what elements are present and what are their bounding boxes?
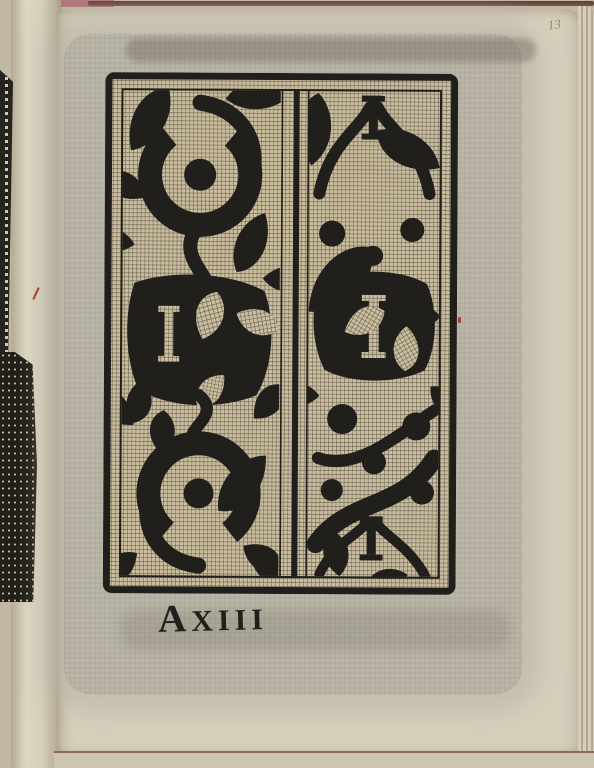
page-stack-right-edges bbox=[578, 6, 594, 758]
showthrough-smudge-top bbox=[126, 38, 536, 62]
previous-plate-edge-lower bbox=[0, 352, 37, 602]
book-scan: AXIII 13 bbox=[0, 0, 594, 768]
book-top-edge-line bbox=[88, 1, 594, 6]
handwritten-folio-number: 13 bbox=[547, 15, 577, 38]
plate-label: AXIII bbox=[157, 593, 298, 643]
red-ink-speck bbox=[458, 317, 461, 323]
pattern-plate-image bbox=[103, 72, 459, 595]
pattern-plate bbox=[103, 72, 459, 595]
page-stack-bottom-edges bbox=[54, 751, 594, 768]
